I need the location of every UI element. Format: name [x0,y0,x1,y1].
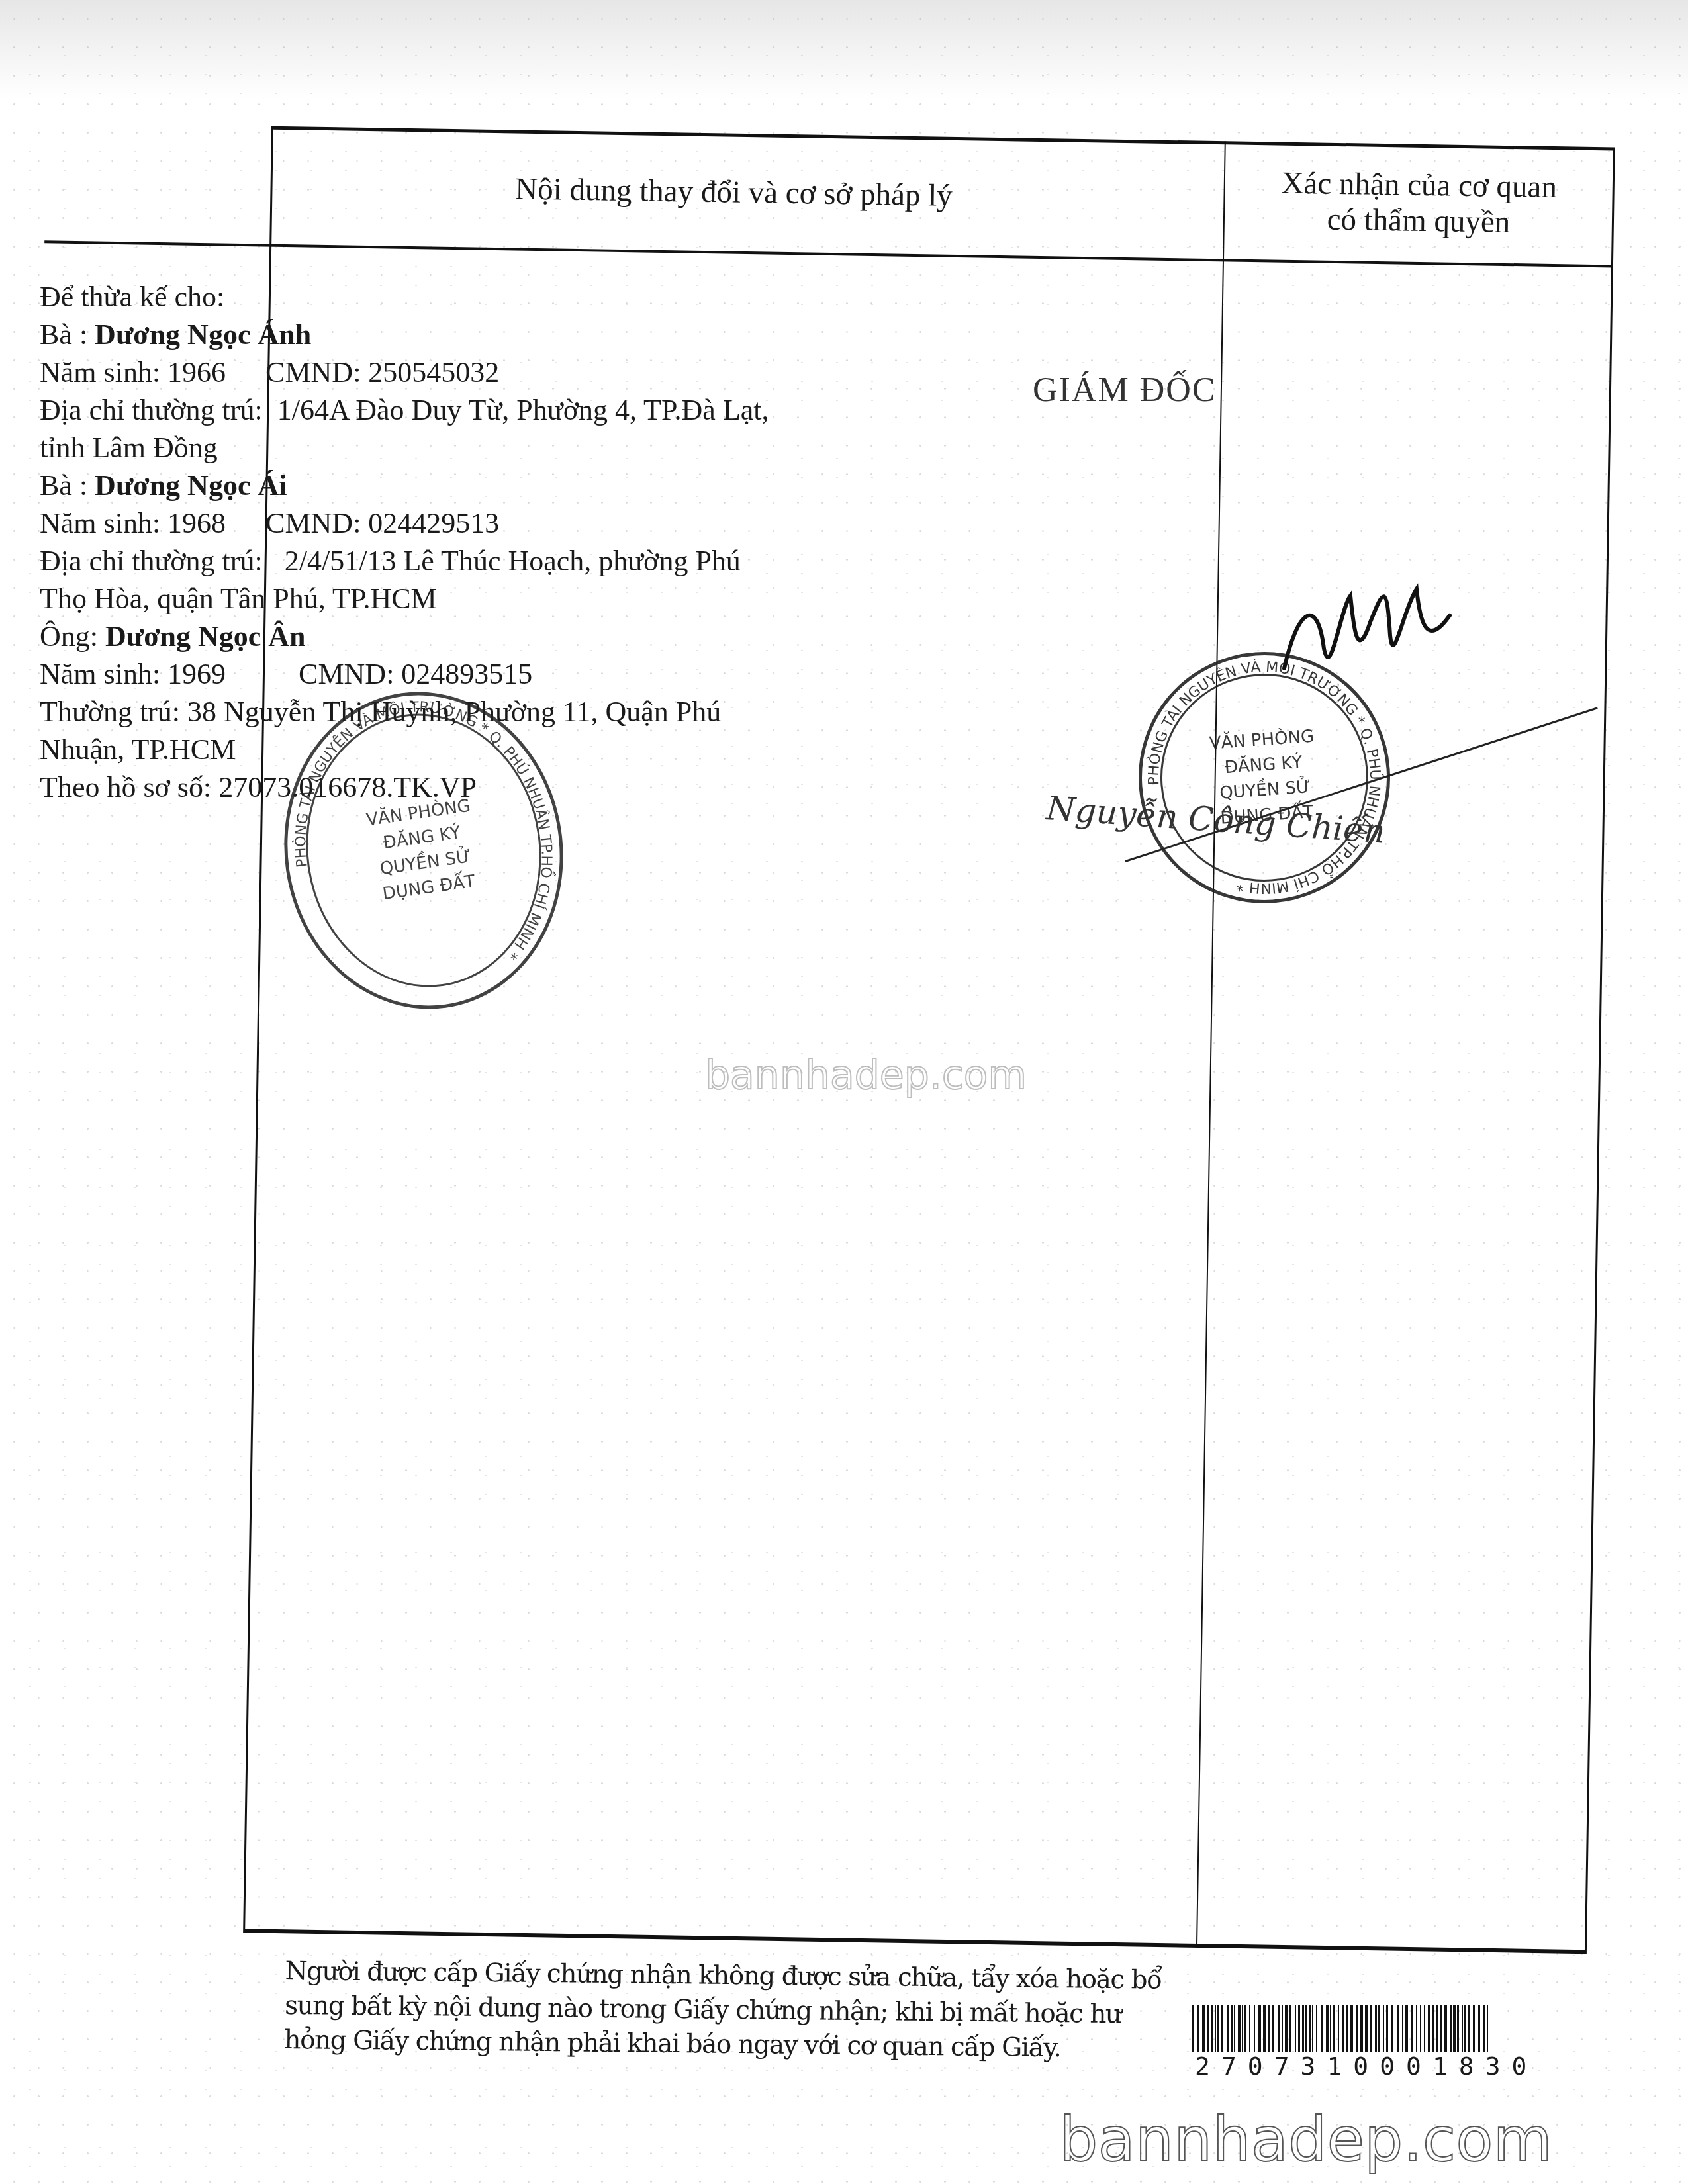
scan-shading [0,0,1688,99]
id-label: CMND: [265,507,361,539]
inheritance-intro: Để thừa kế cho: [40,278,953,316]
address-label: Địa chỉ thường trú: [40,545,263,577]
address-line1: 2/4/51/13 Lê Thúc Hoạch, phường Phú [285,545,741,577]
address-line2: tỉnh Lâm Đồng [40,429,953,467]
official-stamp-left: PHÒNG TÀI NGUYÊN VÀ MÔI TRƯỜNG * Q. PHÚ … [264,674,584,1027]
header-change-content-text: Nội dung thay đổi và cơ sở pháp lý [515,171,953,213]
address-line2: Thọ Hòa, quận Tân Phú, TP.HCM [40,580,953,617]
address-line1: 1/64A Đào Duy Từ, Phường 4, TP.Đà Lạt, [277,394,769,426]
dossier-label: Theo hồ sơ số: [40,771,211,803]
heir-name: Dương Ngọc Ái [95,469,287,502]
header-authority-confirmation: Xác nhận của cơ quan có thẩm quyền [1223,141,1615,265]
certificate-notice: Người được cấp Giấy chứng nhận không đượ… [284,1954,1179,2067]
heir-name: Dương Ngọc Ân [105,620,306,653]
header-change-content: Nội dung thay đổi và cơ sở pháp lý [269,126,1198,259]
signature-icon [1278,569,1489,702]
watermark-center: bannhadep.com [705,1052,1027,1099]
birth-year: 1968 [167,507,226,539]
id-number: 250545032 [368,356,499,388]
header-authority-line2: có thẩm quyền [1280,201,1556,242]
birth-label: Năm sinh: [40,658,160,690]
heir-entry: Bà : Dương Ngọc Ái Năm sinh: 1968CMND: 0… [40,467,953,617]
birth-year: 1969 [167,658,226,690]
barcode-number: 2707310001830 [1195,2052,1559,2081]
id-number: 024429513 [368,507,499,539]
header-authority-line1: Xác nhận của cơ quan [1281,165,1557,206]
id-label: CMND: [299,658,394,690]
stamp-center-text: VĂN PHÒNG ĐĂNG KÝ QUYỀN SỬ DỤNG ĐẤT [365,794,483,908]
heir-title: Bà : [40,318,95,351]
heir-name: Dương Ngọc Ánh [95,318,311,351]
barcode-icon [1192,2005,1562,2052]
birth-label: Năm sinh: [40,356,160,388]
id-label: CMND: [265,356,361,388]
birth-label: Năm sinh: [40,507,160,539]
birth-year: 1966 [167,356,226,388]
heir-title: Bà : [40,469,95,502]
watermark-bottom: bannhadep.com [1059,2105,1552,2175]
heir-title: Ông: [40,620,105,653]
address-label: Thường trú: [40,696,180,728]
director-title: GIÁM ĐỐC [1033,371,1216,410]
address-label: Địa chỉ thường trú: [40,394,263,426]
heir-entry: Bà : Dương Ngọc Ánh Năm sinh: 1966CMND: … [40,316,953,467]
